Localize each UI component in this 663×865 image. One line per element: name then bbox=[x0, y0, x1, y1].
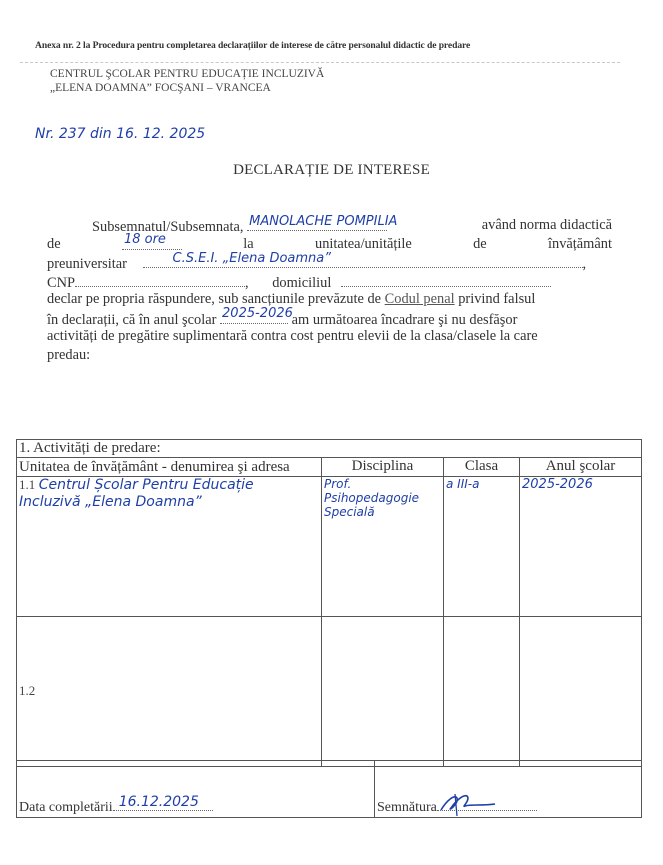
line-activitati: activități de pregătire suplimentară con… bbox=[47, 327, 612, 346]
label-domiciliul: domiciliul bbox=[272, 275, 331, 291]
norma-value: 18 ore bbox=[124, 231, 166, 250]
label-cnp: CNP bbox=[47, 275, 75, 291]
label-de-2: de bbox=[473, 235, 487, 254]
cell-unit[interactable]: 1.1 Centrul Școlar Pentru Educație Inclu… bbox=[17, 477, 322, 617]
line-unit: preuniversitar C.S.E.I. „Elena Doamna”, bbox=[47, 253, 612, 272]
signature-cell: Semnătura bbox=[375, 761, 642, 818]
signature-field[interactable] bbox=[437, 796, 537, 811]
line-declar: declar pe propria răspundere, sub sancți… bbox=[47, 290, 612, 309]
label-avand: având norma didactică bbox=[482, 216, 612, 235]
signature-label: Semnătura bbox=[377, 800, 437, 815]
line-predau: predau: bbox=[47, 346, 612, 365]
label-preuniversitar: preuniversitar bbox=[47, 256, 127, 272]
cell-discipline[interactable] bbox=[322, 617, 444, 767]
label-subsemnatul: Subsemnatul/Subsemnata, bbox=[92, 219, 244, 235]
header-divider bbox=[20, 62, 620, 63]
column-header-class: Clasa bbox=[444, 458, 520, 477]
name-field[interactable]: MANOLACHE POMPILIA bbox=[247, 216, 387, 231]
domiciliu-field[interactable] bbox=[341, 272, 551, 287]
label-de: de bbox=[47, 235, 61, 254]
institution-name: CENTRUL ŞCOLAR PENTRU EDUCAȚIE INCLUZIVĂ… bbox=[50, 67, 324, 95]
section-title: 1. Activități de predare: bbox=[17, 440, 642, 458]
school-year-field[interactable]: 2025-2026 bbox=[220, 309, 288, 324]
unit-value: C.S.E.I. „Elena Doamna” bbox=[173, 250, 331, 269]
table-row: 1.1 Centrul Școlar Pentru Educație Inclu… bbox=[17, 477, 642, 617]
column-header-unit: Unitatea de învățământ - denumirea şi ad… bbox=[17, 458, 322, 477]
date-value: 16.12.2025 bbox=[119, 794, 199, 810]
cell-unit[interactable]: 1.2 bbox=[17, 617, 322, 767]
annex-header: Anexa nr. 2 la Procedura pentru completa… bbox=[35, 40, 470, 51]
codul-penal-link[interactable]: Codul penal bbox=[385, 291, 455, 307]
cell-year[interactable] bbox=[520, 617, 642, 767]
table-row: 1.2 bbox=[17, 617, 642, 767]
column-header-year: Anul şcolar bbox=[520, 458, 642, 477]
cell-class[interactable]: a III-a bbox=[444, 477, 520, 617]
activities-table: 1. Activități de predare: Unitatea de în… bbox=[16, 439, 642, 767]
label-privind: privind falsul bbox=[458, 291, 535, 307]
institution-line-2: „ELENA DOAMNA” FOCŞANI – VRANCEA bbox=[50, 81, 324, 95]
name-value: MANOLACHE POMPILIA bbox=[249, 213, 397, 232]
cell-discipline[interactable]: Prof. Psihopedagogie Specială bbox=[322, 477, 444, 617]
column-header-discipline: Disciplina bbox=[322, 458, 444, 477]
institution-line-1: CENTRUL ŞCOLAR PENTRU EDUCAȚIE INCLUZIVĂ bbox=[50, 67, 324, 81]
year-value: 2025-2026 bbox=[522, 477, 593, 492]
cnp-field[interactable] bbox=[75, 272, 245, 287]
row-number: 1.1 bbox=[19, 477, 35, 492]
unit-field[interactable]: C.S.E.I. „Elena Doamna” bbox=[143, 253, 583, 268]
school-year-value: 2025-2026 bbox=[222, 305, 293, 324]
cell-year[interactable]: 2025-2026 bbox=[520, 477, 642, 617]
date-field[interactable]: 16.12.2025 bbox=[113, 810, 213, 811]
date-cell: Data completării16.12.2025 bbox=[17, 761, 375, 818]
label-invatamant: învățământ bbox=[548, 235, 612, 254]
date-label: Data completării bbox=[19, 800, 113, 815]
signature-table: Data completării16.12.2025 Semnătura bbox=[16, 760, 642, 818]
row-number: 1.2 bbox=[19, 683, 35, 698]
discipline-value: Prof. Psihopedagogie Specială bbox=[324, 477, 441, 519]
document-title: DECLARAȚIE DE INTERESE bbox=[0, 162, 663, 179]
label-am-urmatoarea: am următoarea încadrare şi nu desfăşor bbox=[292, 312, 518, 328]
line-school-year: în declarații, că în anul şcolar 2025-20… bbox=[47, 309, 612, 328]
norma-field[interactable]: 18 ore bbox=[122, 235, 182, 250]
label-in-declaratii: în declarații, că în anul şcolar bbox=[47, 312, 216, 328]
unit-value: Centrul Școlar Pentru Educație Incluzivă… bbox=[19, 477, 254, 510]
line-cnp: CNP, domiciliul bbox=[47, 272, 612, 291]
cell-class[interactable] bbox=[444, 617, 520, 767]
declaration-body: Subsemnatul/Subsemnata, MANOLACHE POMPIL… bbox=[47, 216, 612, 364]
class-value: a III-a bbox=[446, 477, 479, 491]
registration-number: Nr. 237 din 16. 12. 2025 bbox=[35, 126, 205, 142]
signature-mark-icon bbox=[437, 790, 497, 816]
label-declar: declar pe propria răspundere, sub sancți… bbox=[47, 291, 381, 307]
